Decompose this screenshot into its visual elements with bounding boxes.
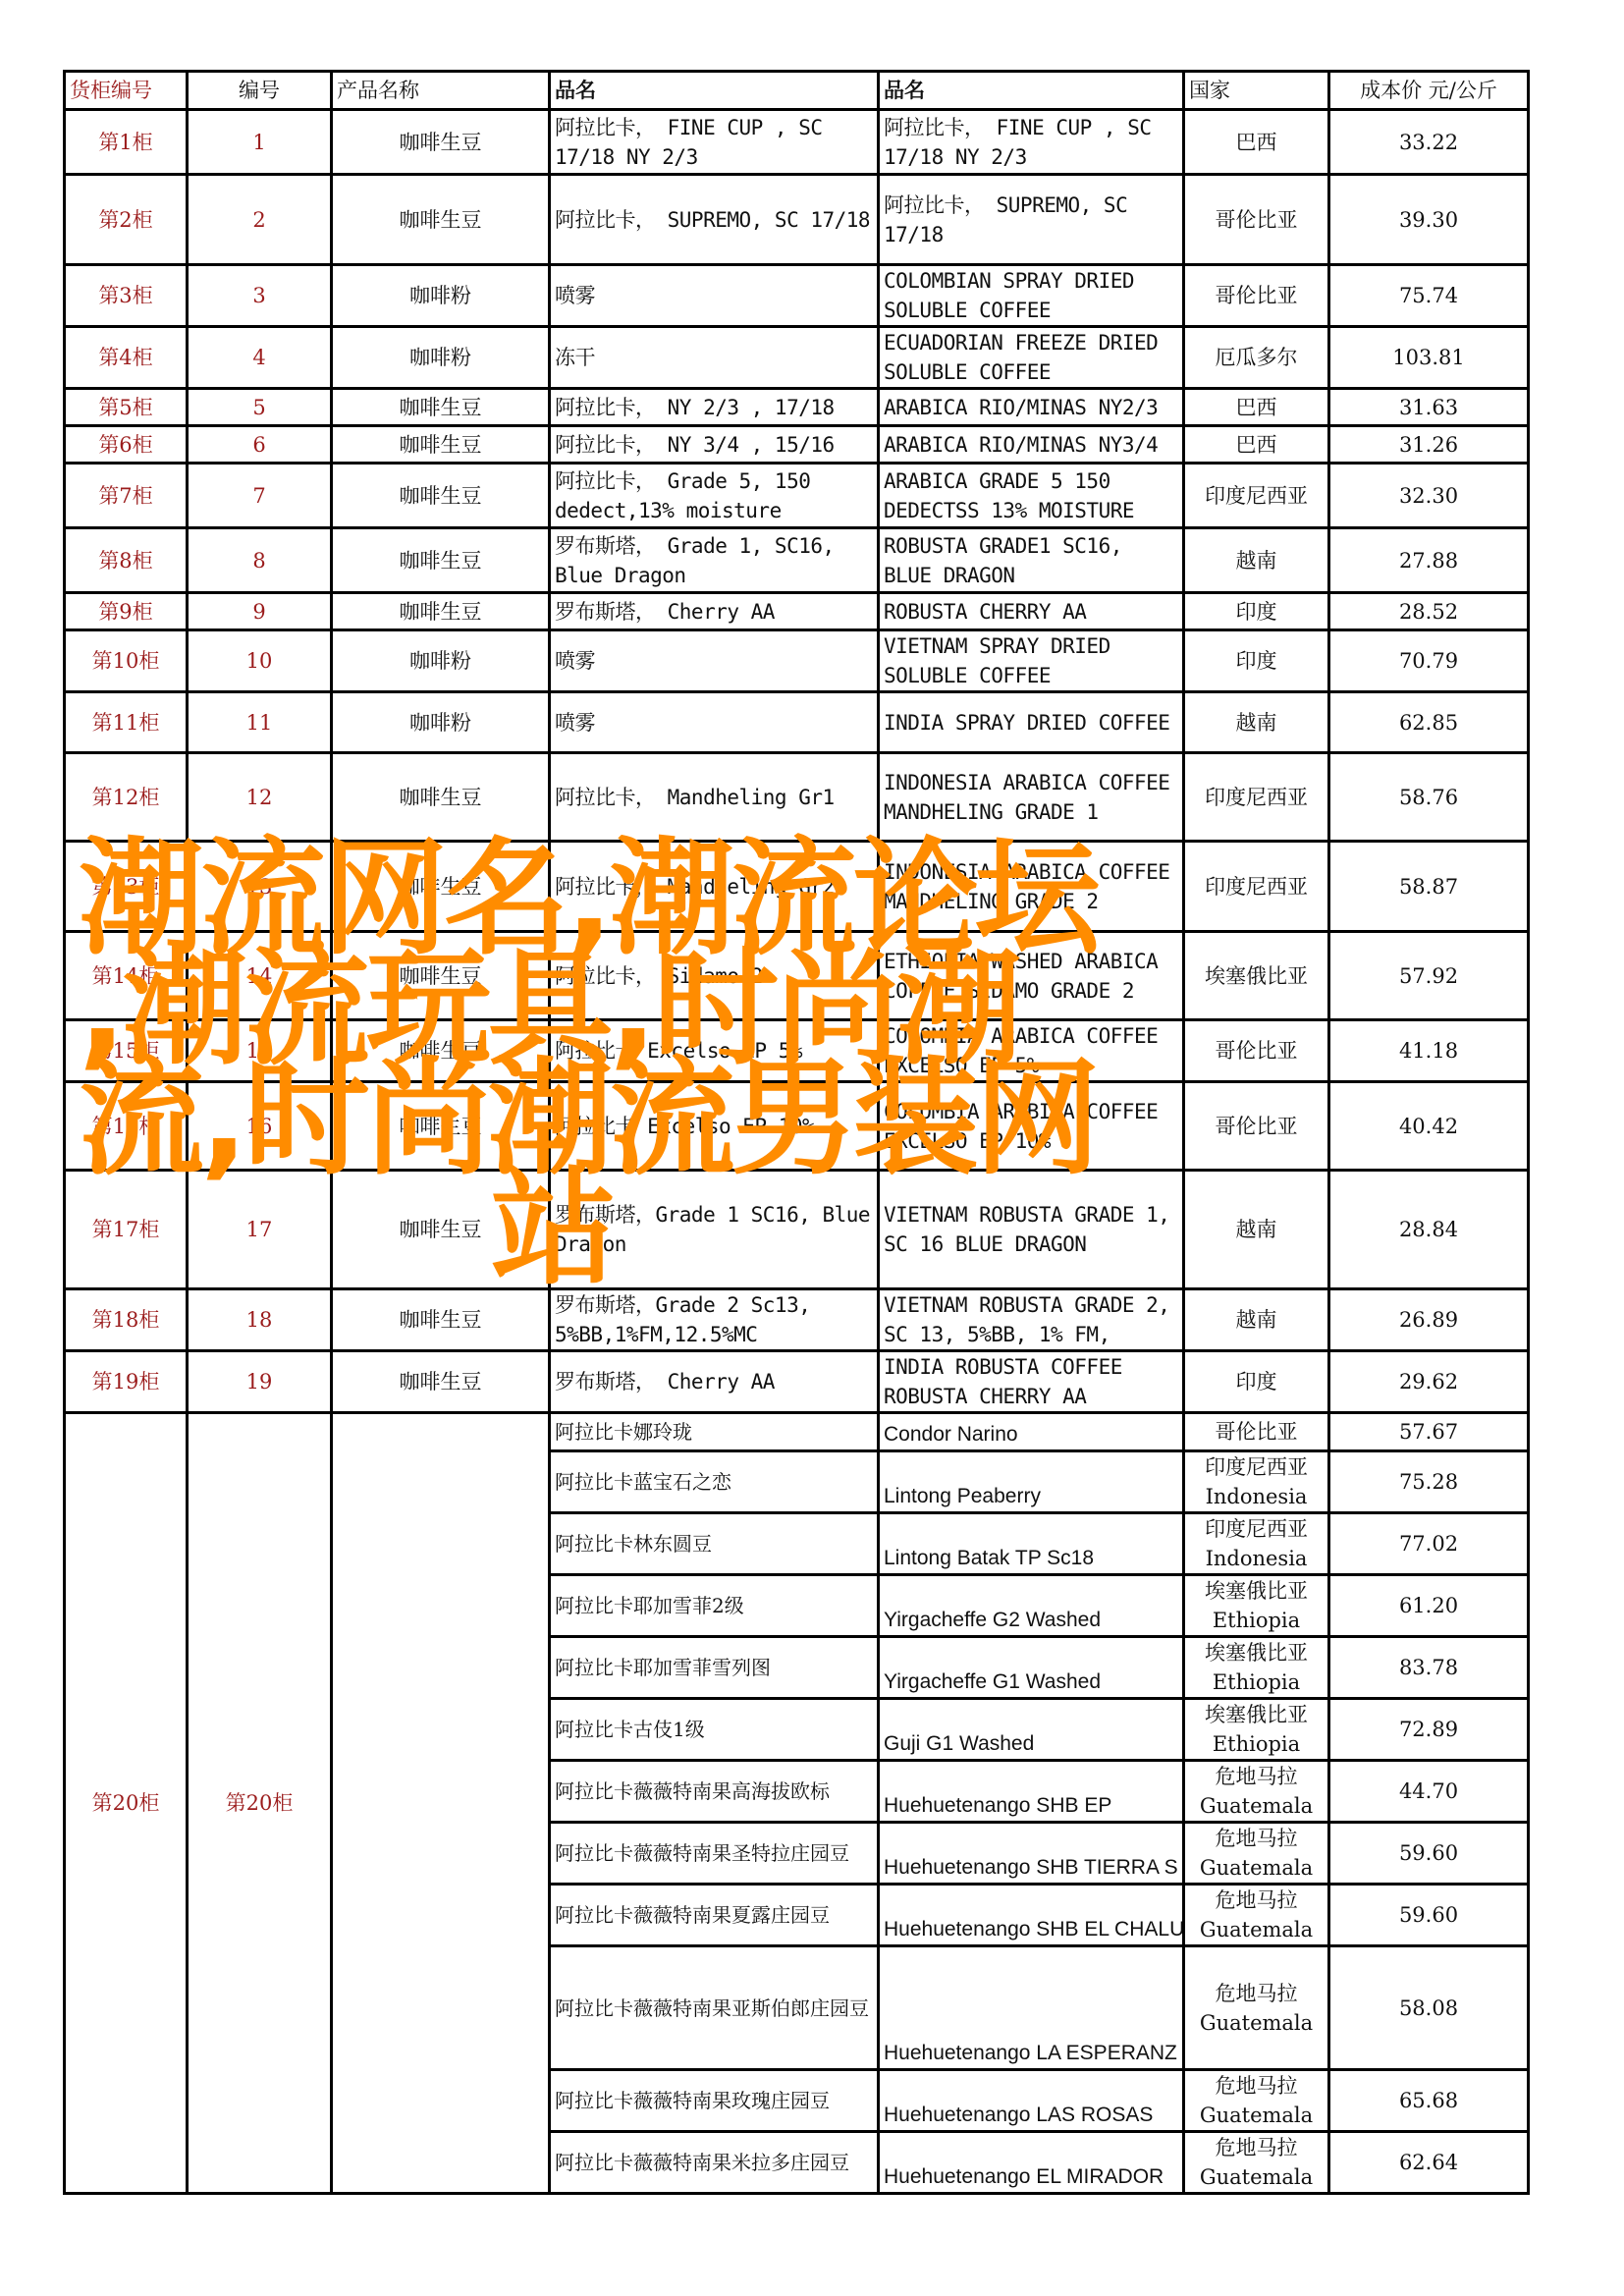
item-name-cn-cell: 阿拉比卡薇薇特南果高海拔欧标 <box>550 1761 879 1823</box>
item-name-en-cell: ECUADORIAN FREEZE DRIED SOLUBLE COFFEE <box>879 327 1184 389</box>
country-en: Guatemala <box>1189 2101 1324 2130</box>
item-name-cn-cell: 阿拉比卡， FINE CUP , SC 17/18 NY 2/3 <box>550 110 879 175</box>
country-cell: 埃塞俄比亚 <box>1184 932 1329 1020</box>
item-name-cn-cell: 阿拉比卡娜玲珑 <box>550 1413 879 1451</box>
table-row: 第13柜 13 咖啡生豆 阿拉比卡， Mandheling Gr2 INDONE… <box>65 842 1529 932</box>
item-name-cn-cell: 阿拉比卡薇薇特南果亚斯伯郎庄园豆 <box>550 1946 879 2070</box>
country-en: Guatemala <box>1189 1791 1324 1821</box>
country-en: Indonesia <box>1189 1482 1324 1511</box>
number-cell: 7 <box>188 464 332 528</box>
country-cell: 印度尼西亚 Indonesia <box>1184 1513 1329 1575</box>
country-cell: 越南 <box>1184 528 1329 593</box>
price-cell: 75.74 <box>1329 265 1529 327</box>
item-name-en-cell: COLOMBIA ARABICA COFFEE EXCELSO EP 10% <box>879 1082 1184 1171</box>
number-cell: 1 <box>188 110 332 175</box>
country-en: Guatemala <box>1189 2008 1324 2038</box>
number-cell: 5 <box>188 389 332 426</box>
country-en: Ethiopia <box>1189 1729 1324 1759</box>
cabinet-cell: 第14柜 <box>65 932 188 1020</box>
product-cell-group <box>332 1413 550 2194</box>
number-cell: 第20柜 <box>188 1413 332 2194</box>
country-cell: 印度 <box>1184 1351 1329 1413</box>
cabinet-cell: 第5柜 <box>65 389 188 426</box>
number-cell: 12 <box>188 753 332 842</box>
country-cn: 埃塞俄比亚 <box>1189 1700 1324 1729</box>
item-name-cn-cell: 阿拉比卡， NY 3/4 , 15/16 <box>550 426 879 464</box>
price-cell: 59.60 <box>1329 1823 1529 1885</box>
item-name-en-cell: 阿拉比卡， FINE CUP , SC 17/18 NY 2/3 <box>879 110 1184 175</box>
table-row: 第11柜 11 咖啡粉 喷雾 INDIA SPRAY DRIED COFFEE … <box>65 692 1529 753</box>
cabinet-cell: 第2柜 <box>65 175 188 265</box>
country-cell: 危地马拉 Guatemala <box>1184 2070 1329 2132</box>
country-cell: 巴西 <box>1184 426 1329 464</box>
table-row: 第20柜 第20柜 阿拉比卡娜玲珑 Condor Narino 哥伦比亚 57.… <box>65 1413 1529 1451</box>
number-cell: 18 <box>188 1289 332 1351</box>
country-cell: 厄瓜多尔 <box>1184 327 1329 389</box>
product-cell: 咖啡生豆 <box>332 1020 550 1082</box>
item-name-en-cell: Huehuetenango LAS ROSAS <box>879 2070 1184 2132</box>
item-name-cn-cell: 阿拉比卡 Excelso EP 5% <box>550 1020 879 1082</box>
price-cell: 28.84 <box>1329 1171 1529 1289</box>
header-product-name: 产品名称 <box>332 72 550 110</box>
item-name-en-cell: VIETNAM ROBUSTA GRADE 1, SC 16 BLUE DRAG… <box>879 1171 1184 1289</box>
item-name-en-cell: Huehuetenango SHB EP <box>879 1761 1184 1823</box>
cabinet-cell: 第6柜 <box>65 426 188 464</box>
item-name-en-cell: ETHIOPIA WASHED ARABICA COFFEE SIDAMO GR… <box>879 932 1184 1020</box>
country-cell: 危地马拉 Guatemala <box>1184 1885 1329 1946</box>
table-row: 第15柜 15 咖啡生豆 阿拉比卡 Excelso EP 5% COLOMBIA… <box>65 1020 1529 1082</box>
product-cell: 咖啡生豆 <box>332 175 550 265</box>
country-cell: 印度尼西亚 <box>1184 464 1329 528</box>
price-cell: 59.60 <box>1329 1885 1529 1946</box>
header-cabinet-no: 货柜编号 <box>65 72 188 110</box>
item-name-en-cell: COLOMBIA ARABICA COFFEE EXCELSO EP 5% <box>879 1020 1184 1082</box>
cabinet-cell: 第7柜 <box>65 464 188 528</box>
product-cell: 咖啡生豆 <box>332 389 550 426</box>
number-cell: 17 <box>188 1171 332 1289</box>
price-cell: 58.76 <box>1329 753 1529 842</box>
table-row: 第10柜 10 咖啡粉 喷雾 VIETNAM SPRAY DRIED SOLUB… <box>65 630 1529 692</box>
price-cell: 57.92 <box>1329 932 1529 1020</box>
item-name-cn-cell: 罗布斯塔， Grade 1, SC16, Blue Dragon <box>550 528 879 593</box>
country-cell: 哥伦比亚 <box>1184 265 1329 327</box>
item-name-cn-cell: 阿拉比卡薇薇特南果玫瑰庄园豆 <box>550 2070 879 2132</box>
price-cell: 70.79 <box>1329 630 1529 692</box>
country-cn: 印度尼西亚 <box>1189 1514 1324 1544</box>
header-no: 编号 <box>188 72 332 110</box>
product-cell: 咖啡生豆 <box>332 1289 550 1351</box>
item-name-en-cell: INDIA SPRAY DRIED COFFEE <box>879 692 1184 753</box>
header-country: 国家 <box>1184 72 1329 110</box>
number-cell: 6 <box>188 426 332 464</box>
table-row: 第8柜 8 咖啡生豆 罗布斯塔， Grade 1, SC16, Blue Dra… <box>65 528 1529 593</box>
country-cell: 危地马拉 Guatemala <box>1184 2132 1329 2194</box>
item-name-en-cell: COLOMBIAN SPRAY DRIED SOLUBLE COFFEE <box>879 265 1184 327</box>
cabinet-cell: 第18柜 <box>65 1289 188 1351</box>
country-en: Ethiopia <box>1189 1667 1324 1697</box>
country-cell: 巴西 <box>1184 389 1329 426</box>
number-cell: 8 <box>188 528 332 593</box>
price-cell: 77.02 <box>1329 1513 1529 1575</box>
country-cn: 埃塞俄比亚 <box>1189 1576 1324 1606</box>
item-name-cn-cell: 阿拉比卡薇薇特南果米拉多庄园豆 <box>550 2132 879 2194</box>
country-cell: 印度尼西亚 Indonesia <box>1184 1451 1329 1513</box>
price-cell: 27.88 <box>1329 528 1529 593</box>
number-cell: 13 <box>188 842 332 932</box>
country-cell: 巴西 <box>1184 110 1329 175</box>
country-cn: 哥伦比亚 <box>1189 1417 1324 1447</box>
item-name-cn-cell: 罗布斯塔， Cherry AA <box>550 593 879 630</box>
product-cell: 咖啡生豆 <box>332 528 550 593</box>
country-cell: 哥伦比亚 <box>1184 175 1329 265</box>
item-name-cn-cell: 阿拉比卡林东圆豆 <box>550 1513 879 1575</box>
price-cell: 31.26 <box>1329 426 1529 464</box>
item-name-en-cell: Yirgacheffe G1 Washed <box>879 1637 1184 1699</box>
cabinet-cell: 第9柜 <box>65 593 188 630</box>
price-cell: 39.30 <box>1329 175 1529 265</box>
item-name-cn-cell: 阿拉比卡耶加雪菲2级 <box>550 1575 879 1637</box>
country-en: Ethiopia <box>1189 1606 1324 1635</box>
table-row: 第12柜 12 咖啡生豆 阿拉比卡， Mandheling Gr1 INDONE… <box>65 753 1529 842</box>
item-name-en-cell: ROBUSTA CHERRY AA <box>879 593 1184 630</box>
number-cell: 15 <box>188 1020 332 1082</box>
product-cell: 咖啡生豆 <box>332 110 550 175</box>
table-row: 第2柜 2 咖啡生豆 阿拉比卡， SUPREMO, SC 17/18 阿拉比卡，… <box>65 175 1529 265</box>
header-cost-price: 成本价 元/公斤 <box>1329 72 1529 110</box>
item-name-cn-cell: 阿拉比卡耶加雪菲雪列图 <box>550 1637 879 1699</box>
number-cell: 10 <box>188 630 332 692</box>
cabinet-cell: 第4柜 <box>65 327 188 389</box>
item-name-en-cell: ARABICA RIO/MINAS NY2/3 <box>879 389 1184 426</box>
item-name-cn-cell: 阿拉比卡蓝宝石之恋 <box>550 1451 879 1513</box>
product-cell: 咖啡粉 <box>332 692 550 753</box>
product-cell: 咖啡粉 <box>332 265 550 327</box>
item-name-cn-cell: 阿拉比卡， Sidamo 2 <box>550 932 879 1020</box>
cabinet-cell: 第8柜 <box>65 528 188 593</box>
price-cell: 62.64 <box>1329 2132 1529 2194</box>
table-row: 第1柜 1 咖啡生豆 阿拉比卡， FINE CUP , SC 17/18 NY … <box>65 110 1529 175</box>
product-cell: 咖啡粉 <box>332 327 550 389</box>
item-name-cn-cell: 罗布斯塔，Grade 1 SC16, Blue Dragon <box>550 1171 879 1289</box>
table-row: 第18柜 18 咖啡生豆 罗布斯塔，Grade 2 Sc13, 5%BB,1%F… <box>65 1289 1529 1351</box>
price-cell: 26.89 <box>1329 1289 1529 1351</box>
country-cell: 印度 <box>1184 630 1329 692</box>
country-cell: 印度 <box>1184 593 1329 630</box>
cabinet-cell: 第16柜 <box>65 1082 188 1171</box>
table-row: 第3柜 3 咖啡粉 喷雾 COLOMBIAN SPRAY DRIED SOLUB… <box>65 265 1529 327</box>
item-name-en-cell: ROBUSTA GRADE1 SC16, BLUE DRAGON <box>879 528 1184 593</box>
item-name-cn-cell: 阿拉比卡， Mandheling Gr2 <box>550 842 879 932</box>
product-cell: 咖啡生豆 <box>332 753 550 842</box>
item-name-cn-cell: 阿拉比卡， NY 2/3 , 17/18 <box>550 389 879 426</box>
header-item-name-en: 品名 <box>879 72 1184 110</box>
item-name-cn-cell: 阿拉比卡， SUPREMO, SC 17/18 <box>550 175 879 265</box>
price-cell: 33.22 <box>1329 110 1529 175</box>
table-row: 第7柜 7 咖啡生豆 阿拉比卡， Grade 5, 150 dedect,13%… <box>65 464 1529 528</box>
price-cell: 44.70 <box>1329 1761 1529 1823</box>
price-cell: 65.68 <box>1329 2070 1529 2132</box>
cabinet-cell: 第19柜 <box>65 1351 188 1413</box>
country-cn: 印度尼西亚 <box>1189 1452 1324 1482</box>
price-cell: 31.63 <box>1329 389 1529 426</box>
table-row: 第14柜 14 咖啡生豆 阿拉比卡， Sidamo 2 ETHIOPIA WAS… <box>65 932 1529 1020</box>
product-cell: 咖啡生豆 <box>332 842 550 932</box>
price-cell: 103.81 <box>1329 327 1529 389</box>
item-name-en-cell: ARABICA RIO/MINAS NY3/4 <box>879 426 1184 464</box>
product-cell: 咖啡粉 <box>332 630 550 692</box>
cabinet-cell: 第12柜 <box>65 753 188 842</box>
country-cell: 印度尼西亚 <box>1184 753 1329 842</box>
country-en: Guatemala <box>1189 2162 1324 2192</box>
price-cell: 62.85 <box>1329 692 1529 753</box>
item-name-en-cell: Huehuetenango LA ESPERANZ <box>879 1946 1184 2070</box>
item-name-en-cell: Lintong Peaberry <box>879 1451 1184 1513</box>
country-cell: 哥伦比亚 <box>1184 1020 1329 1082</box>
item-name-cn-cell: 冻干 <box>550 327 879 389</box>
item-name-cn-cell: 罗布斯塔， Cherry AA <box>550 1351 879 1413</box>
product-cell: 咖啡生豆 <box>332 932 550 1020</box>
item-name-cn-cell: 喷雾 <box>550 265 879 327</box>
price-cell: 83.78 <box>1329 1637 1529 1699</box>
item-name-cn-cell: 阿拉比卡薇薇特南果夏露庄园豆 <box>550 1885 879 1946</box>
country-cn: 埃塞俄比亚 <box>1189 1638 1324 1667</box>
item-name-en-cell: INDIA ROBUSTA COFFEE ROBUSTA CHERRY AA <box>879 1351 1184 1413</box>
cabinet-cell: 第17柜 <box>65 1171 188 1289</box>
country-cn: 危地马拉 <box>1189 1762 1324 1791</box>
table-row: 第6柜 6 咖啡生豆 阿拉比卡， NY 3/4 , 15/16 ARABICA … <box>65 426 1529 464</box>
number-cell: 2 <box>188 175 332 265</box>
cabinet-cell: 第1柜 <box>65 110 188 175</box>
country-cell: 越南 <box>1184 1171 1329 1289</box>
item-name-en-cell: VIETNAM SPRAY DRIED SOLUBLE COFFEE <box>879 630 1184 692</box>
country-cn: 危地马拉 <box>1189 1824 1324 1853</box>
item-name-cn-cell: 阿拉比卡， Mandheling Gr1 <box>550 753 879 842</box>
header-row: 货柜编号 编号 产品名称 品名 品名 国家 成本价 元/公斤 <box>65 72 1529 110</box>
item-name-en-cell: 阿拉比卡， SUPREMO, SC 17/18 <box>879 175 1184 265</box>
country-cell: 埃塞俄比亚 Ethiopia <box>1184 1575 1329 1637</box>
item-name-cn-cell: 喷雾 <box>550 630 879 692</box>
cabinet-cell: 第3柜 <box>65 265 188 327</box>
price-cell: 57.67 <box>1329 1413 1529 1451</box>
product-cell: 咖啡生豆 <box>332 426 550 464</box>
price-cell: 75.28 <box>1329 1451 1529 1513</box>
cabinet-cell: 第15柜 <box>65 1020 188 1082</box>
product-cell: 咖啡生豆 <box>332 1171 550 1289</box>
item-name-en-cell: Guji G1 Washed <box>879 1699 1184 1761</box>
number-cell: 16 <box>188 1082 332 1171</box>
header-item-name-cn: 品名 <box>550 72 879 110</box>
item-name-en-cell: Condor Narino <box>879 1413 1184 1451</box>
price-cell: 58.08 <box>1329 1946 1529 2070</box>
price-cell: 58.87 <box>1329 842 1529 932</box>
table-row: 第4柜 4 咖啡粉 冻干 ECUADORIAN FREEZE DRIED SOL… <box>65 327 1529 389</box>
country-cell: 越南 <box>1184 692 1329 753</box>
table-row: 第5柜 5 咖啡生豆 阿拉比卡， NY 2/3 , 17/18 ARABICA … <box>65 389 1529 426</box>
item-name-en-cell: Lintong Batak TP Sc18 <box>879 1513 1184 1575</box>
product-cell: 咖啡生豆 <box>332 593 550 630</box>
item-name-en-cell: ARABICA GRADE 5 150 DEDECTSS 13% MOISTUR… <box>879 464 1184 528</box>
price-cell: 28.52 <box>1329 593 1529 630</box>
item-name-en-cell: Huehuetenango SHB TIERRA S <box>879 1823 1184 1885</box>
price-cell: 61.20 <box>1329 1575 1529 1637</box>
cabinet-cell: 第20柜 <box>65 1413 188 2194</box>
price-cell: 32.30 <box>1329 464 1529 528</box>
country-en: Guatemala <box>1189 1853 1324 1883</box>
coffee-price-table: 货柜编号 编号 产品名称 品名 品名 国家 成本价 元/公斤 第1柜 1 咖啡生… <box>63 70 1530 2195</box>
number-cell: 9 <box>188 593 332 630</box>
item-name-en-cell: Huehuetenango EL MIRADOR <box>879 2132 1184 2194</box>
item-name-en-cell: VIETNAM ROBUSTA GRADE 2, SC 13, 5%BB, 1%… <box>879 1289 1184 1351</box>
price-cell: 41.18 <box>1329 1020 1529 1082</box>
country-cell: 越南 <box>1184 1289 1329 1351</box>
item-name-cn-cell: 罗布斯塔，Grade 2 Sc13, 5%BB,1%FM,12.5%MC <box>550 1289 879 1351</box>
table-row: 第17柜 17 咖啡生豆 罗布斯塔，Grade 1 SC16, Blue Dra… <box>65 1171 1529 1289</box>
product-cell: 咖啡生豆 <box>332 1082 550 1171</box>
item-name-en-cell: Huehuetenango SHB EL CHALU <box>879 1885 1184 1946</box>
country-cell: 印度尼西亚 <box>1184 842 1329 932</box>
number-cell: 3 <box>188 265 332 327</box>
item-name-en-cell: INDONESIA ARABICA COFFEE MANDHELING GRAD… <box>879 753 1184 842</box>
item-name-cn-cell: 喷雾 <box>550 692 879 753</box>
item-name-en-cell: Yirgacheffe G2 Washed <box>879 1575 1184 1637</box>
item-name-cn-cell: 阿拉比卡薇薇特南果圣特拉庄园豆 <box>550 1823 879 1885</box>
country-en: Guatemala <box>1189 1915 1324 1944</box>
table-row: 第19柜 19 咖啡生豆 罗布斯塔， Cherry AA INDIA ROBUS… <box>65 1351 1529 1413</box>
country-cell: 埃塞俄比亚 Ethiopia <box>1184 1699 1329 1761</box>
price-cell: 72.89 <box>1329 1699 1529 1761</box>
country-cn: 危地马拉 <box>1189 1886 1324 1915</box>
table-body: 第1柜 1 咖啡生豆 阿拉比卡， FINE CUP , SC 17/18 NY … <box>65 110 1529 2194</box>
number-cell: 4 <box>188 327 332 389</box>
item-name-cn-cell: 阿拉比卡， Grade 5, 150 dedect,13% moisture <box>550 464 879 528</box>
country-cell: 危地马拉 Guatemala <box>1184 1823 1329 1885</box>
product-cell: 咖啡生豆 <box>332 1351 550 1413</box>
number-cell: 14 <box>188 932 332 1020</box>
country-cell: 危地马拉 Guatemala <box>1184 1761 1329 1823</box>
price-cell: 40.42 <box>1329 1082 1529 1171</box>
country-cn: 危地马拉 <box>1189 1979 1324 2008</box>
country-cell: 埃塞俄比亚 Ethiopia <box>1184 1637 1329 1699</box>
price-cell: 29.62 <box>1329 1351 1529 1413</box>
item-name-cn-cell: 阿拉比卡古伎1级 <box>550 1699 879 1761</box>
country-cell: 危地马拉 Guatemala <box>1184 1946 1329 2070</box>
table-row: 第16柜 16 咖啡生豆 阿拉比卡 Excelso EP 10% COLOMBI… <box>65 1082 1529 1171</box>
cabinet-cell: 第13柜 <box>65 842 188 932</box>
item-name-cn-cell: 阿拉比卡 Excelso EP 10% <box>550 1082 879 1171</box>
country-cell: 哥伦比亚 <box>1184 1082 1329 1171</box>
table-row: 第9柜 9 咖啡生豆 罗布斯塔， Cherry AA ROBUSTA CHERR… <box>65 593 1529 630</box>
cabinet-cell: 第10柜 <box>65 630 188 692</box>
country-cell: 哥伦比亚 <box>1184 1413 1329 1451</box>
item-name-en-cell: INDONESIA ARABICA COFFEE MANDHELING GRAD… <box>879 842 1184 932</box>
number-cell: 11 <box>188 692 332 753</box>
cabinet-cell: 第11柜 <box>65 692 188 753</box>
country-cn: 危地马拉 <box>1189 2071 1324 2101</box>
country-cn: 危地马拉 <box>1189 2133 1324 2162</box>
country-en: Indonesia <box>1189 1544 1324 1573</box>
product-cell: 咖啡生豆 <box>332 464 550 528</box>
number-cell: 19 <box>188 1351 332 1413</box>
